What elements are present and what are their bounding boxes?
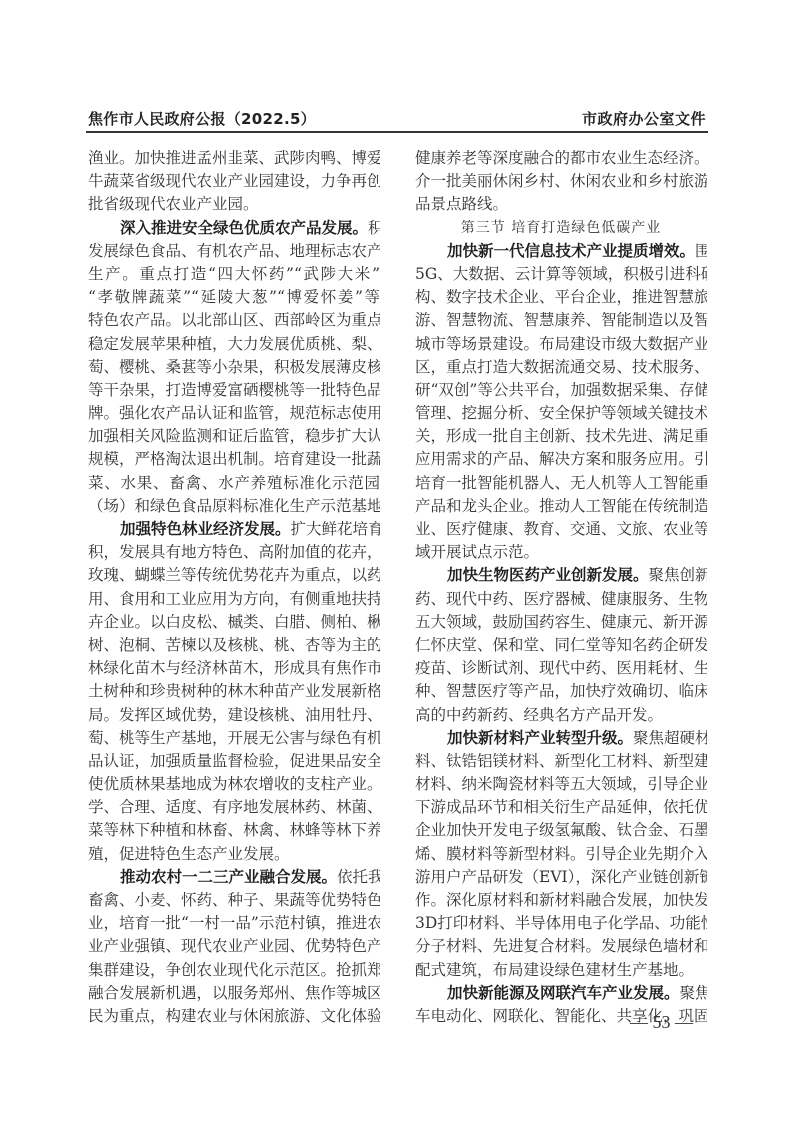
text-line: 料、钛锆铝镁材料、新型化工材料、新型建筑 <box>415 750 707 773</box>
text-line: 3D打印材料、半导体用电子化学品、功能性高 <box>415 912 707 935</box>
text-line: 集群建设，争创农业现代化示范区。抢抓郑焦 <box>88 959 380 982</box>
text-line: 树、泡桐、苦楝以及核桃、桃、杏等为主的园 <box>88 634 380 657</box>
paragraph-lead-line: 加快生物医药产业创新发展。聚焦创新 <box>415 564 707 587</box>
line-text: 依托我市 <box>337 868 380 886</box>
text-line: 疫苗、诊断试剂、现代中药、医用耗材、生物育 <box>415 657 707 680</box>
text-line: 药、现代中药、医疗器械、健康服务、生物农业 <box>415 588 707 611</box>
text-line: 规模，严格淘汰退出机制。培育建设一批蔬 <box>88 448 380 471</box>
line-text: 稳定发展苹果种植，大力发展优质桃、梨、葡 <box>88 335 380 353</box>
text-line: 玫瑰、蝴蝶兰等传统优势花卉为重点，以药 <box>88 564 380 587</box>
text-line: 培育一批智能机器人、无人机等人工智能重点 <box>415 472 707 495</box>
paragraph-lead-bold: 加快新一代信息技术产业提质增效。 <box>447 242 695 260</box>
text-line: 材料、纳米陶瓷材料等五大领域，引导企业向 <box>415 773 707 796</box>
line-text: 土树种和珍贵树种的林木种苗产业发展新格 <box>88 682 380 700</box>
line-text: 培育一批智能机器人、无人机等人工智能重点 <box>415 474 707 492</box>
left-column: 渔业。加快推进孟州韭菜、武陟肉鸭、博爱肉牛蔬菜省级现代农业产业园建设，力争再创一… <box>88 147 380 1028</box>
text-line: 业、医疗健康、教育、交通、文旅、农业等领 <box>415 518 707 541</box>
text-line: 萄、桃等生产基地，开展无公害与绿色有机产 <box>88 727 380 750</box>
line-text: 卉企业。以白皮松、槭类、白腊、侧柏、楸 <box>88 613 380 631</box>
line-text: 高的中药新药、经典名方产品开发。 <box>415 706 663 724</box>
text-line: 业，培育一批“一村一品”示范村镇，推进农 <box>88 912 380 935</box>
publication-title: 焦作市人民政府公报（2022.5） <box>88 108 316 129</box>
line-text: 扩大鲜花培育面 <box>291 520 380 538</box>
line-text: 围绕 <box>695 242 707 260</box>
text-line: 烯、膜材料等新型材料。引导企业先期介入下 <box>415 843 707 866</box>
paragraph-lead-line: 加快新能源及网联汽车产业发展。聚焦汽 <box>415 982 707 1005</box>
line-text: 民为重点，构建农业与休闲旅游、文化体验、 <box>88 1007 380 1025</box>
running-header: 焦作市人民政府公报（2022.5） 市政府办公室文件 <box>88 108 706 132</box>
line-text: 作。深化原材料和新材料融合发展，加快发展 <box>415 891 707 909</box>
paragraph-lead-line: 加强特色林业经济发展。扩大鲜花培育面 <box>88 518 380 541</box>
line-text: 积，发展具有地方特色、高附加值的花卉，以 <box>88 543 380 561</box>
text-line: 应用需求的产品、解决方案和服务应用。引进 <box>415 448 707 471</box>
line-text: 关，形成一批自主创新、技术先进、满足重大 <box>415 427 707 445</box>
line-text: 用、食用和工业应用为方向，有侧重地扶持花 <box>88 590 380 608</box>
paragraph-lead-line: 深入推进安全绿色优质农产品发展。积极 <box>88 217 380 240</box>
line-text: 萄、桃等生产基地，开展无公害与绿色有机产 <box>88 729 380 747</box>
line-text: 3D打印材料、半导体用电子化学品、功能性高 <box>415 914 707 932</box>
line-text: 聚焦创新 <box>649 566 707 584</box>
line-text: 学、合理、适度、有序地发展林药、林菌、林 <box>88 798 380 816</box>
text-line: 区，重点打造大数据流通交易、技术服务、科 <box>415 356 707 379</box>
text-line: 高的中药新药、经典名方产品开发。 <box>415 704 707 727</box>
line-text: 菜等林下种植和林畜、林禽、林蜂等林下养 <box>88 821 380 839</box>
text-line: 域开展试点示范。 <box>415 541 707 564</box>
line-text: 业，培育一批“一村一品”示范村镇，推进农 <box>88 914 380 932</box>
line-text: “孝敬牌蔬菜”“延陵大葱”“博爱怀姜”等 <box>88 288 380 306</box>
text-line: 健康养老等深度融合的都市农业生态经济。推 <box>415 147 707 170</box>
text-line: 稳定发展苹果种植，大力发展优质桃、梨、葡 <box>88 333 380 356</box>
line-text: 健康养老等深度融合的都市农业生态经济。推 <box>415 149 707 167</box>
line-text: 品认证，加强质量监督检验，促进果品安全， <box>88 752 380 770</box>
line-text: 构、数字技术企业、平台企业，推进智慧旅 <box>415 288 707 306</box>
text-line: 学、合理、适度、有序地发展林药、林菌、林 <box>88 796 380 819</box>
text-line: 研“双创”等公共平台，加强数据采集、存储 <box>415 379 707 402</box>
line-text: 药、现代中药、医疗器械、健康服务、生物农业 <box>415 590 707 608</box>
line-text: 殖，促进特色生态产业发展。 <box>88 845 290 863</box>
line-text: 菜、水果、畜禽、水产养殖标准化示范园 <box>88 474 380 492</box>
line-text: 萄、樱桃、桑葚等小杂果，积极发展薄皮核桃 <box>88 358 380 376</box>
line-text: 规模，严格淘汰退出机制。培育建设一批蔬 <box>88 450 380 468</box>
line-text: 料、钛锆铝镁材料、新型化工材料、新型建筑 <box>415 752 707 770</box>
text-line: 等干杂果，打造博爱富硒樱桃等一批特色品 <box>88 379 380 402</box>
text-line: 仁怀庆堂、保和堂、同仁堂等知名药企研发新型 <box>415 634 707 657</box>
text-line: 游用户产品研发（EVI），深化产业链创新链合 <box>415 866 707 889</box>
line-text: 畜禽、小麦、怀药、种子、果蔬等优势特色产 <box>88 891 380 909</box>
line-text: 仁怀庆堂、保和堂、同仁堂等知名药企研发新型 <box>415 636 707 654</box>
paragraph-lead-line: 推动农村一二三产业融合发展。依托我市 <box>88 866 380 889</box>
line-text: 发展绿色食品、有机农产品、地理标志农产品 <box>88 242 380 260</box>
line-text: 业、医疗健康、教育、交通、文旅、农业等领 <box>415 520 707 538</box>
line-text: 集群建设，争创农业现代化示范区。抢抓郑焦 <box>88 961 380 979</box>
line-text: 5G、大数据、云计算等领域，积极引进科研机 <box>415 265 707 283</box>
text-line: 卉企业。以白皮松、槭类、白腊、侧柏、楸 <box>88 611 380 634</box>
text-line: 作。深化原材料和新材料融合发展，加快发展 <box>415 889 707 912</box>
text-line: 使优质林果基地成为林农增收的支柱产业。科 <box>88 773 380 796</box>
text-line: 分子材料、先进复合材料。发展绿色墙材和装 <box>415 935 707 958</box>
text-line: 游、智慧物流、智慧康养、智能制造以及智慧 <box>415 309 707 332</box>
text-line: 介一批美丽休闲乡村、休闲农业和乡村旅游精 <box>415 170 707 193</box>
line-text: 烯、膜材料等新型材料。引导企业先期介入下 <box>415 845 707 863</box>
text-line: 管理、挖掘分析、安全保护等领域关键技术攻 <box>415 402 707 425</box>
text-line: 五大领域，鼓励国药容生、健康元、新开源、辅 <box>415 611 707 634</box>
line-text: 批省级现代农业产业园。 <box>88 195 259 213</box>
line-text: 游、智慧物流、智慧康养、智能制造以及智慧 <box>415 311 707 329</box>
paragraph-lead-bold: 加快新材料产业转型升级。 <box>447 729 633 747</box>
text-line: 牛蔬菜省级现代农业产业园建设，力争再创一 <box>88 170 380 193</box>
line-text: 疫苗、诊断试剂、现代中药、医用耗材、生物育 <box>415 659 707 677</box>
line-text: 聚焦超硬材 <box>633 729 707 747</box>
line-text: 渔业。加快推进孟州韭菜、武陟肉鸭、博爱肉 <box>88 149 380 167</box>
text-line: 品认证，加强质量监督检验，促进果品安全， <box>88 750 380 773</box>
text-line: 局。发挥区域优势，建设核桃、油用牡丹、葡 <box>88 704 380 727</box>
line-text: 下游成品环节和相关衍生产品延伸，依托优势 <box>415 798 707 816</box>
line-text: 应用需求的产品、解决方案和服务应用。引进 <box>415 450 707 468</box>
header-rule <box>86 131 708 133</box>
paragraph-lead-line: 加快新材料产业转型升级。聚焦超硬材 <box>415 727 707 750</box>
line-text: 融合发展新机遇，以服务郑州、焦作等城区居 <box>88 984 380 1002</box>
text-line: 萄、樱桃、桑葚等小杂果，积极发展薄皮核桃 <box>88 356 380 379</box>
text-line: 配式建筑，布局建设绿色建材生产基地。 <box>415 959 707 982</box>
text-line: 构、数字技术企业、平台企业，推进智慧旅 <box>415 286 707 309</box>
line-text: 区，重点打造大数据流通交易、技术服务、科 <box>415 358 707 376</box>
text-line: 5G、大数据、云计算等领域，积极引进科研机 <box>415 263 707 286</box>
line-text: 积极 <box>368 219 380 237</box>
text-line: 下游成品环节和相关衍生产品延伸，依托优势 <box>415 796 707 819</box>
line-text: 介一批美丽休闲乡村、休闲农业和乡村旅游精 <box>415 172 707 190</box>
text-line: 企业加快开发电子级氢氟酸、钛合金、石墨 <box>415 819 707 842</box>
paragraph-lead-bold: 加快新能源及网联汽车产业发展。 <box>447 984 680 1002</box>
text-line: 牌。强化农产品认证和监管，规范标志使用， <box>88 402 380 425</box>
line-text: 生产。重点打造“四大怀药”“武陟大米” <box>88 265 380 283</box>
text-line: 殖，促进特色生态产业发展。 <box>88 843 380 866</box>
text-line: 菜、水果、畜禽、水产养殖标准化示范园 <box>88 472 380 495</box>
line-text: 游用户产品研发（EVI），深化产业链创新链合 <box>415 868 707 886</box>
page-number: — 53 — <box>630 1012 693 1033</box>
text-line: 城市等场景建设。布局建设市级大数据产业园 <box>415 333 707 356</box>
line-text: （场）和绿色食品原料标准化生产示范基地。 <box>88 497 380 515</box>
text-line: 发展绿色食品、有机农产品、地理标志农产品 <box>88 240 380 263</box>
section-heading: 第三节 培育打造绿色低碳产业 <box>415 217 707 240</box>
line-text: 产品和龙头企业。推动人工智能在传统制造 <box>415 497 707 515</box>
line-text: 分子材料、先进复合材料。发展绿色墙材和装 <box>415 937 707 955</box>
line-text: 聚焦汽 <box>680 984 707 1002</box>
paragraph-lead-bold: 加强特色林业经济发展。 <box>120 520 291 538</box>
line-text: 玫瑰、蝴蝶兰等传统优势花卉为重点，以药 <box>88 566 380 584</box>
text-line: 种、智慧医疗等产品，加快疗效确切、临床价值 <box>415 680 707 703</box>
text-line: 产品和龙头企业。推动人工智能在传统制造 <box>415 495 707 518</box>
right-column: 健康养老等深度融合的都市农业生态经济。推介一批美丽休闲乡村、休闲农业和乡村旅游精… <box>415 147 707 1028</box>
text-line: 关，形成一批自主创新、技术先进、满足重大 <box>415 425 707 448</box>
line-text: 特色农产品。以北部山区、西部岭区为重点， <box>88 311 380 329</box>
paragraph-lead-bold: 推动农村一二三产业融合发展。 <box>120 868 337 886</box>
line-text: 树、泡桐、苦楝以及核桃、桃、杏等为主的园 <box>88 636 380 654</box>
text-line: 民为重点，构建农业与休闲旅游、文化体验、 <box>88 1005 380 1028</box>
text-line: 加强相关风险监测和证后监管，稳步扩大认证 <box>88 425 380 448</box>
line-text: 研“双创”等公共平台，加强数据采集、存储 <box>415 381 707 399</box>
text-line: 积，发展具有地方特色、高附加值的花卉，以 <box>88 541 380 564</box>
line-text: 加强相关风险监测和证后监管，稳步扩大认证 <box>88 427 380 445</box>
text-line: 用、食用和工业应用为方向，有侧重地扶持花 <box>88 588 380 611</box>
line-text: 林绿化苗木与经济林苗木，形成具有焦作市乡 <box>88 659 380 677</box>
line-text: 品景点路线。 <box>415 195 508 213</box>
line-text: 等干杂果，打造博爱富硒樱桃等一批特色品 <box>88 381 380 399</box>
text-line: 畜禽、小麦、怀药、种子、果蔬等优势特色产 <box>88 889 380 912</box>
line-text: 业产业强镇、现代农业产业园、优势特色产业 <box>88 937 380 955</box>
text-line: 菜等林下种植和林畜、林禽、林蜂等林下养 <box>88 819 380 842</box>
line-text: 种、智慧医疗等产品，加快疗效确切、临床价值 <box>415 682 707 700</box>
text-line: 渔业。加快推进孟州韭菜、武陟肉鸭、博爱肉 <box>88 147 380 170</box>
text-line: 融合发展新机遇，以服务郑州、焦作等城区居 <box>88 982 380 1005</box>
line-text: 城市等场景建设。布局建设市级大数据产业园 <box>415 335 707 353</box>
line-text: 材料、纳米陶瓷材料等五大领域，引导企业向 <box>415 775 707 793</box>
line-text: 牌。强化农产品认证和监管，规范标志使用， <box>88 404 380 422</box>
line-text: 局。发挥区域优势，建设核桃、油用牡丹、葡 <box>88 706 380 724</box>
text-line: 林绿化苗木与经济林苗木，形成具有焦作市乡 <box>88 657 380 680</box>
text-line: （场）和绿色食品原料标准化生产示范基地。 <box>88 495 380 518</box>
paragraph-lead-bold: 加快生物医药产业创新发展。 <box>447 566 649 584</box>
line-text: 配式建筑，布局建设绿色建材生产基地。 <box>415 961 694 979</box>
line-text: 企业加快开发电子级氢氟酸、钛合金、石墨 <box>415 821 707 839</box>
text-line: 生产。重点打造“四大怀药”“武陟大米” <box>88 263 380 286</box>
line-text: 五大领域，鼓励国药容生、健康元、新开源、辅 <box>415 613 707 631</box>
paragraph-lead-line: 加快新一代信息技术产业提质增效。围绕 <box>415 240 707 263</box>
line-text: 牛蔬菜省级现代农业产业园建设，力争再创一 <box>88 172 380 190</box>
line-text: 域开展试点示范。 <box>415 543 539 561</box>
text-line: 批省级现代农业产业园。 <box>88 193 380 216</box>
line-text: 管理、挖掘分析、安全保护等领域关键技术攻 <box>415 404 707 422</box>
line-text: 使优质林果基地成为林农增收的支柱产业。科 <box>88 775 380 793</box>
paragraph-lead-bold: 深入推进安全绿色优质农产品发展。 <box>120 219 368 237</box>
text-line: 业产业强镇、现代农业产业园、优势特色产业 <box>88 935 380 958</box>
section-label: 市政府办公室文件 <box>582 108 706 129</box>
text-line: 品景点路线。 <box>415 193 707 216</box>
text-line: 特色农产品。以北部山区、西部岭区为重点， <box>88 309 380 332</box>
text-line: “孝敬牌蔬菜”“延陵大葱”“博爱怀姜”等 <box>88 286 380 309</box>
text-line: 土树种和珍贵树种的林木种苗产业发展新格 <box>88 680 380 703</box>
